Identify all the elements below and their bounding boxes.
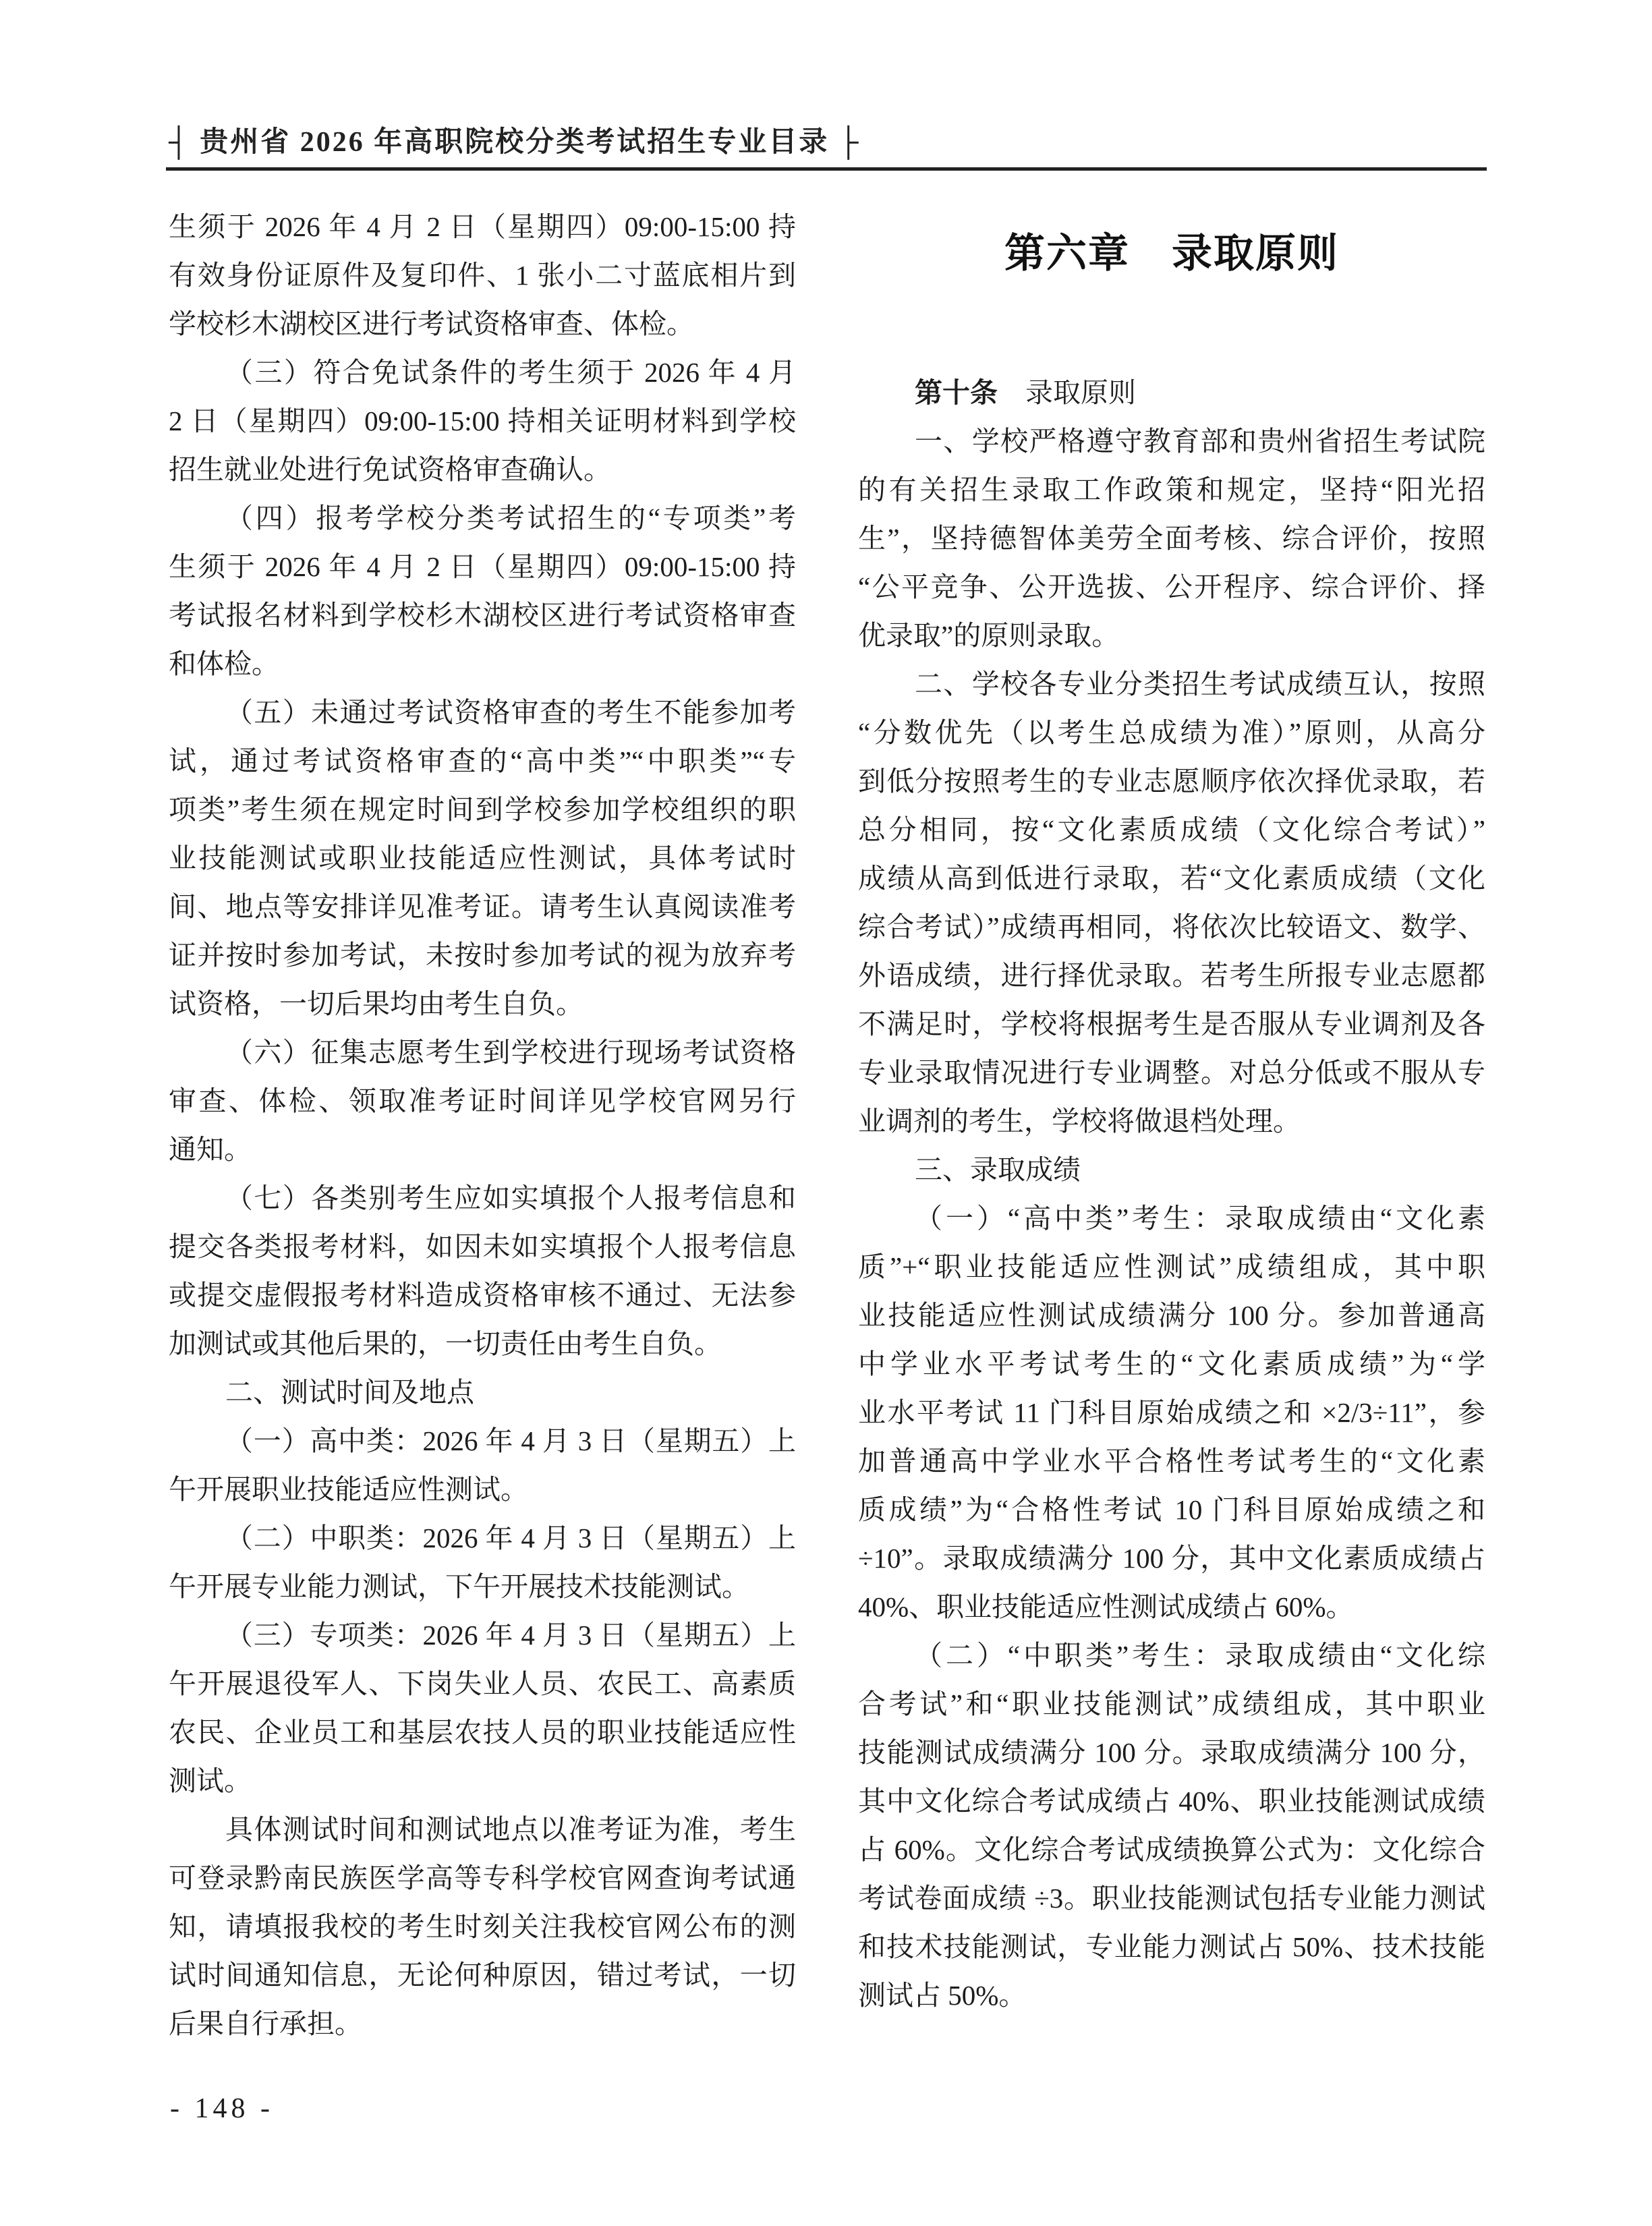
text-line: 业调剂的考生，学校将做退档处理。	[858, 1097, 1485, 1145]
text-line: 可登录黔南民族医学高等专科学校官网查询考试通	[169, 1854, 796, 1902]
text-line: （七）各类别考生应如实填报个人报考信息和	[169, 1174, 796, 1222]
text-line: （一）“高中类”考生：录取成绩由“文化素	[858, 1194, 1485, 1243]
right-column: 第六章 录取原则 第十条 录取原则一、学校严格遵守教育部和贵州省招生考试院的有关…	[858, 202, 1485, 2020]
text-line: 午开展专业能力测试，下午开展技术技能测试。	[169, 1562, 796, 1611]
text-line: 占 60%。文化综合考试成绩换算公式为：文化综合	[858, 1825, 1485, 1874]
text-line: 考试卷面成绩 ÷3。职业技能测试包括专业能力测试	[858, 1874, 1485, 1922]
text-line: 业技能适应性测试成绩满分 100 分。参加普通高	[858, 1291, 1485, 1340]
right-column-body: 第十条 录取原则一、学校严格遵守教育部和贵州省招生考试院的有关招生录取工作政策和…	[858, 368, 1485, 2020]
text-line: 和技术技能测试，专业能力测试占 50%、技术技能	[858, 1922, 1485, 1971]
text-line: 不满足时，学校将根据考生是否服从专业调剂及各	[858, 1000, 1485, 1048]
bold-term: 第十条	[915, 377, 998, 408]
text-line: 有效身份证原件及复印件、1 张小二寸蓝底相片到	[169, 251, 796, 299]
chapter-title: 第六章 录取原则	[858, 223, 1485, 285]
text-line: 知，请填报我校的考生时刻关注我校官网公布的测	[169, 1902, 796, 1951]
text-line: 总分相同，按“文化素质成绩（文化综合考试）”	[858, 805, 1485, 854]
text-line: 考试报名材料到学校杉木湖校区进行考试资格审查	[169, 591, 796, 639]
text-line: 2 日（星期四）09:00-15:00 持相关证明材料到学校	[169, 397, 796, 445]
document-page: ┤ 贵州省 2026 年高职院校分类考试招生专业目录 ├ 生须于 2026 年 …	[0, 0, 1652, 2226]
text-line: 专业录取情况进行专业调整。对总分低或不服从专	[858, 1048, 1485, 1097]
text-line: 三、录取成绩	[858, 1145, 1485, 1194]
text-line: 业技能测试或职业技能适应性测试，具体考试时	[169, 834, 796, 882]
text-line: 测试。	[169, 1757, 796, 1805]
text-line: （二）中职类：2026 年 4 月 3 日（星期五）上	[169, 1514, 796, 1562]
text-line: 生须于 2026 年 4 月 2 日（星期四）09:00-15:00 持	[169, 202, 796, 251]
text-line: 二、测试时间及地点	[169, 1368, 796, 1417]
text-line: 或提交虚假报考材料造成资格审核不通过、无法参	[169, 1271, 796, 1319]
text-line: 测试占 50%。	[858, 1971, 1485, 2020]
text-line: 学校杉木湖校区进行考试资格审查、体检。	[169, 299, 796, 348]
text-line: 业水平考试 11 门科目原始成绩之和 ×2/3÷11”，参	[858, 1388, 1485, 1437]
text-line: 优录取”的原则录取。	[858, 611, 1485, 660]
text-line: 其中文化综合考试成绩占 40%、职业技能测试成绩	[858, 1777, 1485, 1825]
text-line: 具体测试时间和测试地点以准考证为准，考生	[169, 1805, 796, 1854]
text-line: 技能测试成绩满分 100 分。录取成绩满分 100 分，	[858, 1728, 1485, 1777]
text-line: 综合考试）”成绩再相同，将依次比较语文、数学、	[858, 903, 1485, 951]
page-header: ┤ 贵州省 2026 年高职院校分类考试招生专业目录 ├	[169, 124, 861, 161]
text-line: 中学业水平考试考生的“文化素质成绩”为“学	[858, 1340, 1485, 1388]
page-number: - 148 -	[170, 2084, 274, 2133]
text-line: 间、地点等安排详见准考证。请考生认真阅读准考	[169, 882, 796, 931]
text-line: 试时间通知信息，无论何种原因，错过考试，一切	[169, 1951, 796, 1999]
header-rule	[166, 167, 1487, 171]
text-line: 生须于 2026 年 4 月 2 日（星期四）09:00-15:00 持	[169, 542, 796, 591]
text-line: 加普通高中学业水平合格性考试考生的“文化素	[858, 1437, 1485, 1485]
text-line: 第十条 录取原则	[858, 368, 1485, 417]
text-line: 后果自行承担。	[169, 1999, 796, 2048]
text-line: 加测试或其他后果的，一切责任由考生自负。	[169, 1319, 796, 1368]
text-line: 到低分按照考生的专业志愿顺序依次择优录取，若	[858, 757, 1485, 805]
text-line: （六）征集志愿考生到学校进行现场考试资格	[169, 1028, 796, 1077]
text-line: （一）高中类：2026 年 4 月 3 日（星期五）上	[169, 1417, 796, 1465]
text-line: 一、学校严格遵守教育部和贵州省招生考试院	[858, 417, 1485, 465]
text-line: 审查、体检、领取准考证时间详见学校官网另行	[169, 1077, 796, 1125]
text-line: 项类”考生须在规定时间到学校参加学校组织的职	[169, 785, 796, 834]
text-line: （三）符合免试条件的考生须于 2026 年 4 月	[169, 348, 796, 397]
text-line: 午开展退役军人、下岗失业人员、农民工、高素质	[169, 1659, 796, 1708]
text-line: ÷10”。录取成绩满分 100 分，其中文化素质成绩占	[858, 1534, 1485, 1582]
text-line: 和体检。	[169, 639, 796, 688]
text-line: 的有关招生录取工作政策和规定，坚持“阳光招	[858, 465, 1485, 514]
text-line: 农民、企业员工和基层农技人员的职业技能适应性	[169, 1708, 796, 1757]
text-line: （二）“中职类”考生：录取成绩由“文化综	[858, 1631, 1485, 1680]
text-line: 外语成绩，进行择优录取。若考生所报专业志愿都	[858, 951, 1485, 1000]
text-line: “公平竞争、公开选拔、公开程序、综合评价、择	[858, 563, 1485, 611]
text-line: “分数优先（以考生总成绩为准）”原则，从高分	[858, 708, 1485, 757]
text-line: 质成绩”为“合格性考试 10 门科目原始成绩之和	[858, 1485, 1485, 1534]
text-line: 合考试”和“职业技能测试”成绩组成，其中职业	[858, 1680, 1485, 1728]
text-line: （四）报考学校分类考试招生的“专项类”考	[169, 494, 796, 542]
text-line: 二、学校各专业分类招生考试成绩互认，按照	[858, 660, 1485, 708]
text-line: 证并按时参加考试，未按时参加考试的视为放弃考	[169, 931, 796, 979]
text-line: （三）专项类：2026 年 4 月 3 日（星期五）上	[169, 1611, 796, 1659]
text-line: 质”+“职业技能适应性测试”成绩组成，其中职	[858, 1243, 1485, 1291]
text-line: （五）未通过考试资格审查的考生不能参加考	[169, 688, 796, 737]
text-line: 试，通过考试资格审查的“高中类”“中职类”“专	[169, 737, 796, 785]
left-column: 生须于 2026 年 4 月 2 日（星期四）09:00-15:00 持有效身份…	[169, 202, 796, 2048]
text-line: 生”，坚持德智体美劳全面考核、综合评价，按照	[858, 514, 1485, 563]
text-line: 成绩从高到低进行录取，若“文化素质成绩（文化	[858, 854, 1485, 903]
text-line: 40%、职业技能适应性测试成绩占 60%。	[858, 1582, 1485, 1631]
text-line: 招生就业处进行免试资格审查确认。	[169, 445, 796, 494]
text-line: 午开展职业技能适应性测试。	[169, 1465, 796, 1514]
text-line: 通知。	[169, 1125, 796, 1174]
text-line: 试资格，一切后果均由考生自负。	[169, 979, 796, 1028]
text-line: 提交各类报考材料，如因未如实填报个人报考信息	[169, 1222, 796, 1271]
